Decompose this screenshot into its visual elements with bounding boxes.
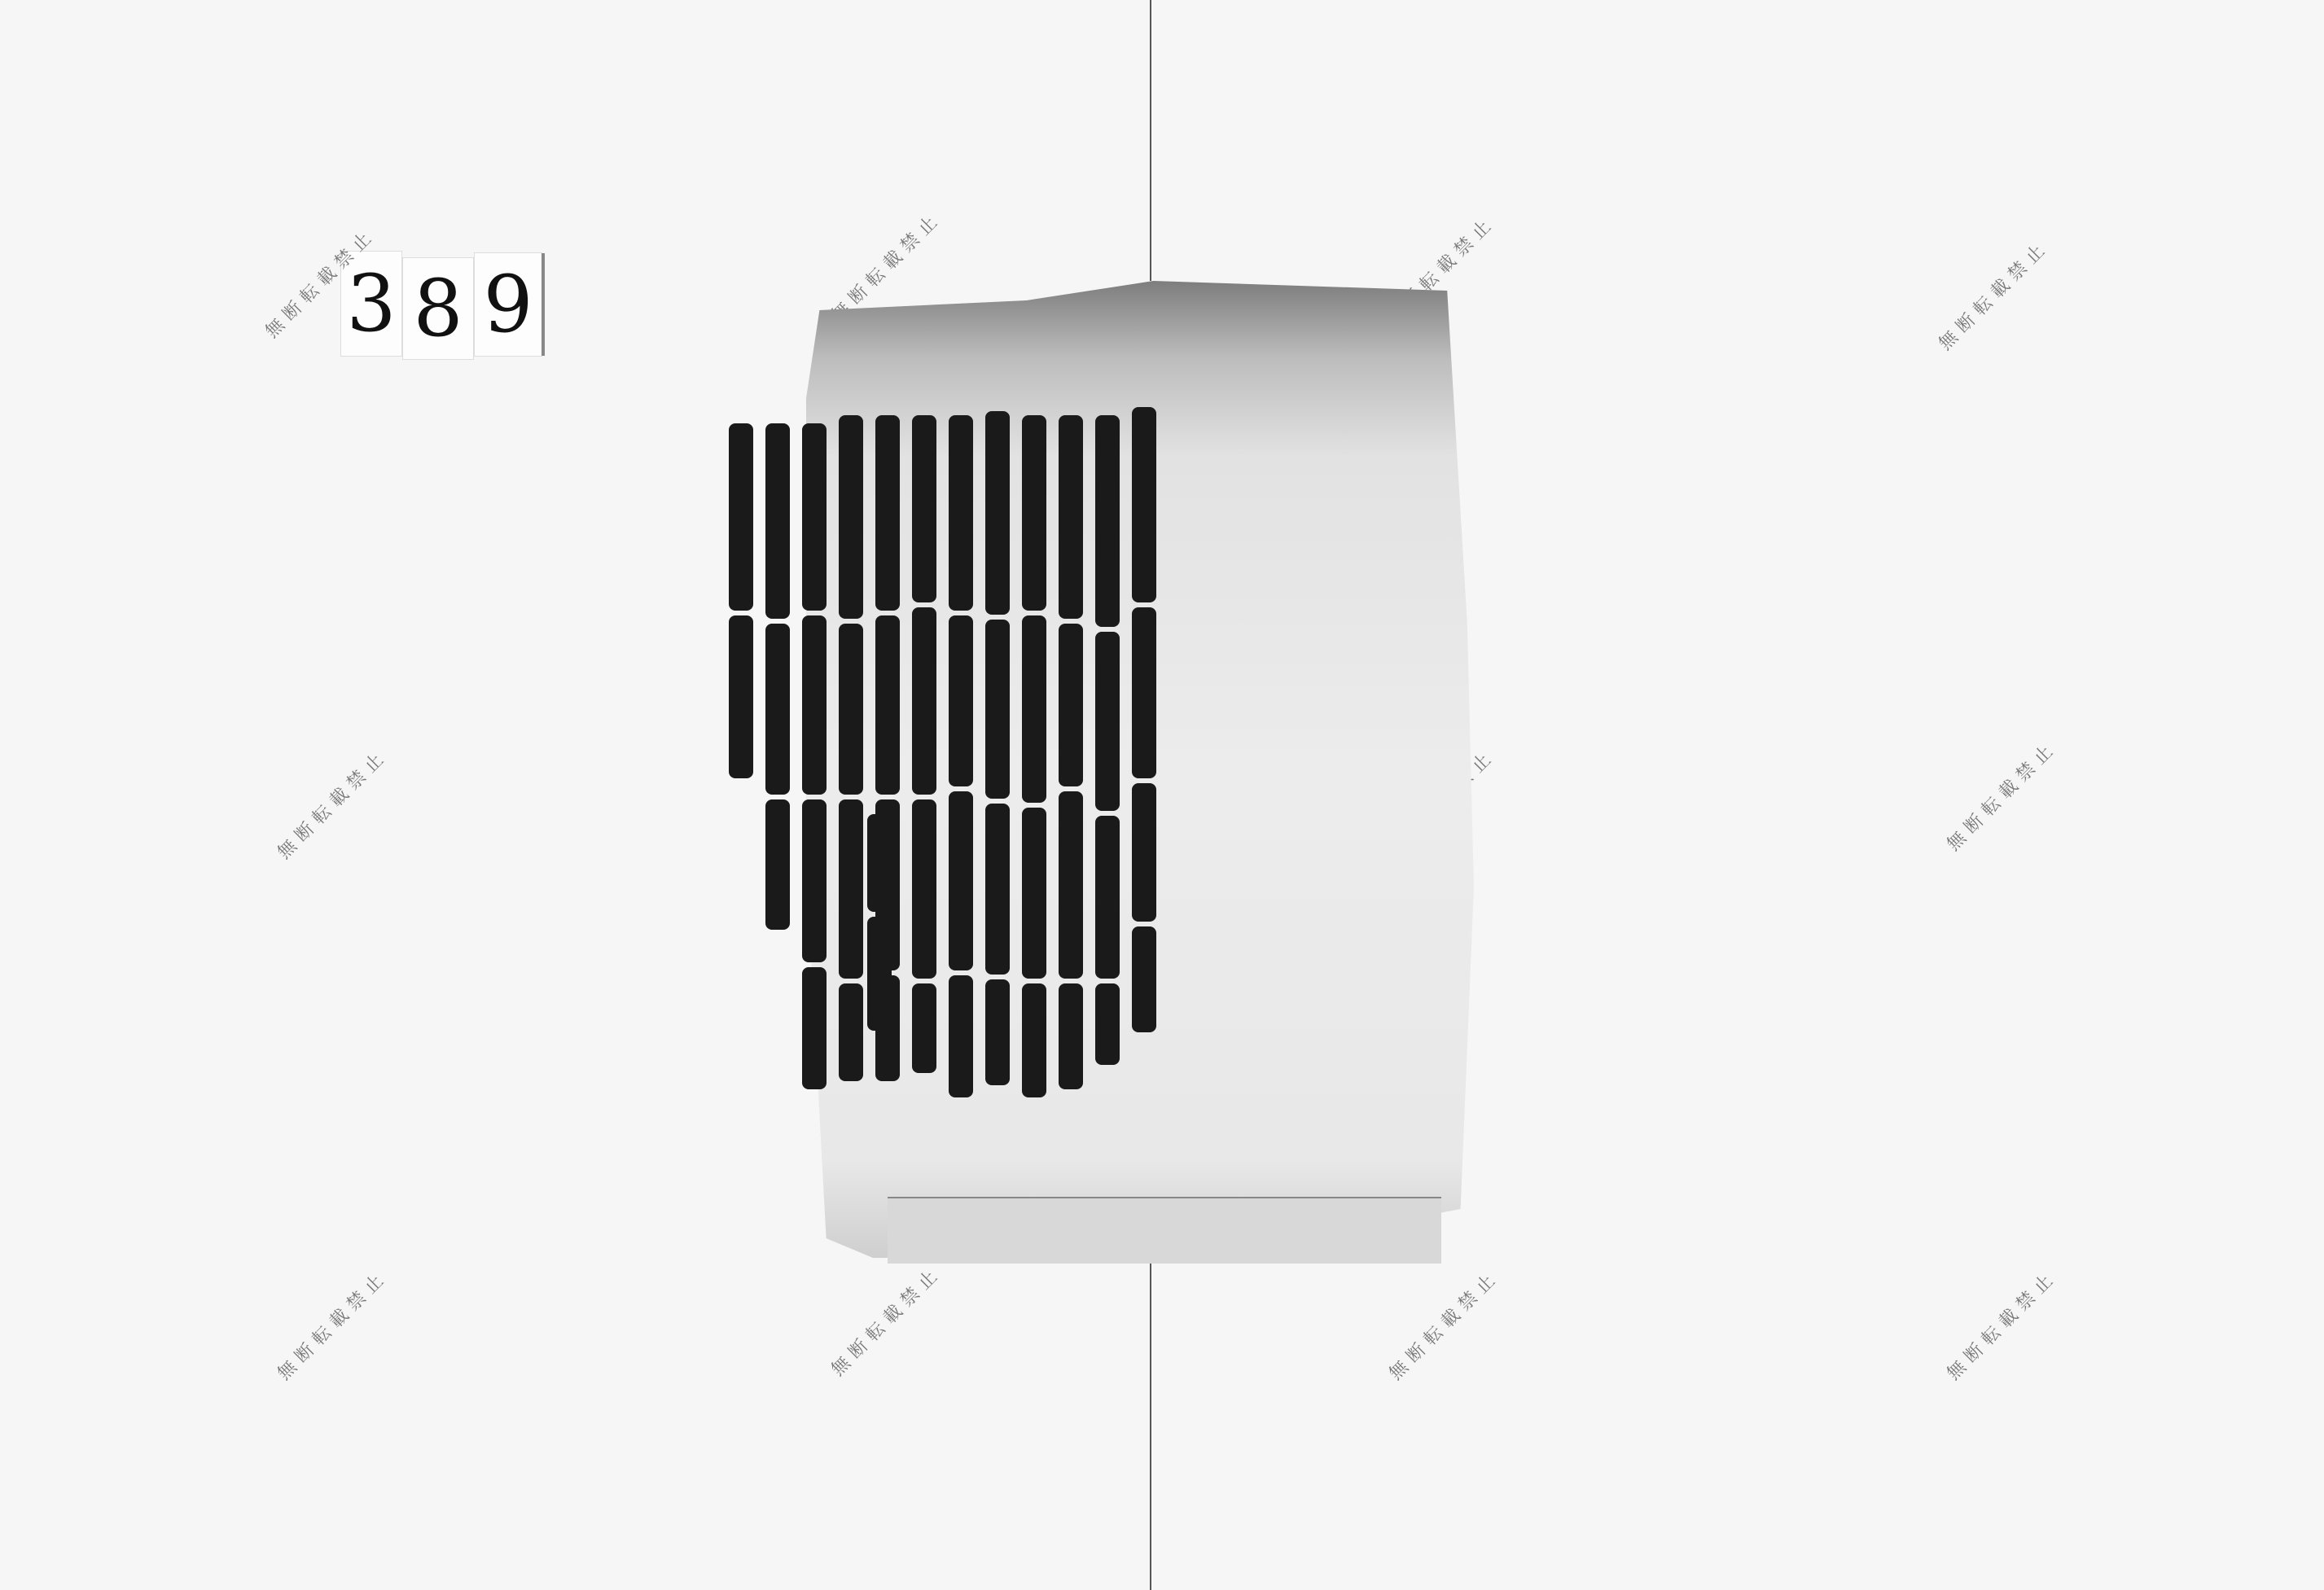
text-column bbox=[863, 814, 896, 1031]
text-column bbox=[1091, 415, 1124, 1065]
catalog-digit: 9 bbox=[474, 252, 542, 357]
text-column bbox=[761, 423, 794, 930]
watermark: 無断転載禁止 bbox=[1940, 1264, 2062, 1385]
text-column bbox=[1128, 407, 1160, 1032]
mount-line-bottom bbox=[1150, 1262, 1151, 1590]
text-column bbox=[1018, 415, 1050, 1097]
watermark: 無断転載禁止 bbox=[271, 1264, 392, 1385]
text-column bbox=[1055, 415, 1087, 1089]
watermark: 無断転載禁止 bbox=[1940, 734, 2062, 856]
text-column bbox=[798, 423, 831, 1089]
watermark: 無断転載禁止 bbox=[1932, 234, 2054, 355]
text-column bbox=[725, 423, 757, 778]
text-column bbox=[981, 411, 1014, 1085]
catalog-digit: 8 bbox=[402, 257, 474, 360]
text-column bbox=[908, 415, 941, 1073]
watermark: 無断転載禁止 bbox=[1383, 1264, 1504, 1385]
watermark: 無断転載禁止 bbox=[825, 1259, 946, 1381]
text-column bbox=[835, 415, 867, 1081]
text-column bbox=[945, 415, 977, 1097]
watermark: 無断転載禁止 bbox=[271, 742, 392, 864]
manuscript-fold bbox=[888, 1197, 1441, 1264]
mount-line-top bbox=[1150, 0, 1151, 281]
